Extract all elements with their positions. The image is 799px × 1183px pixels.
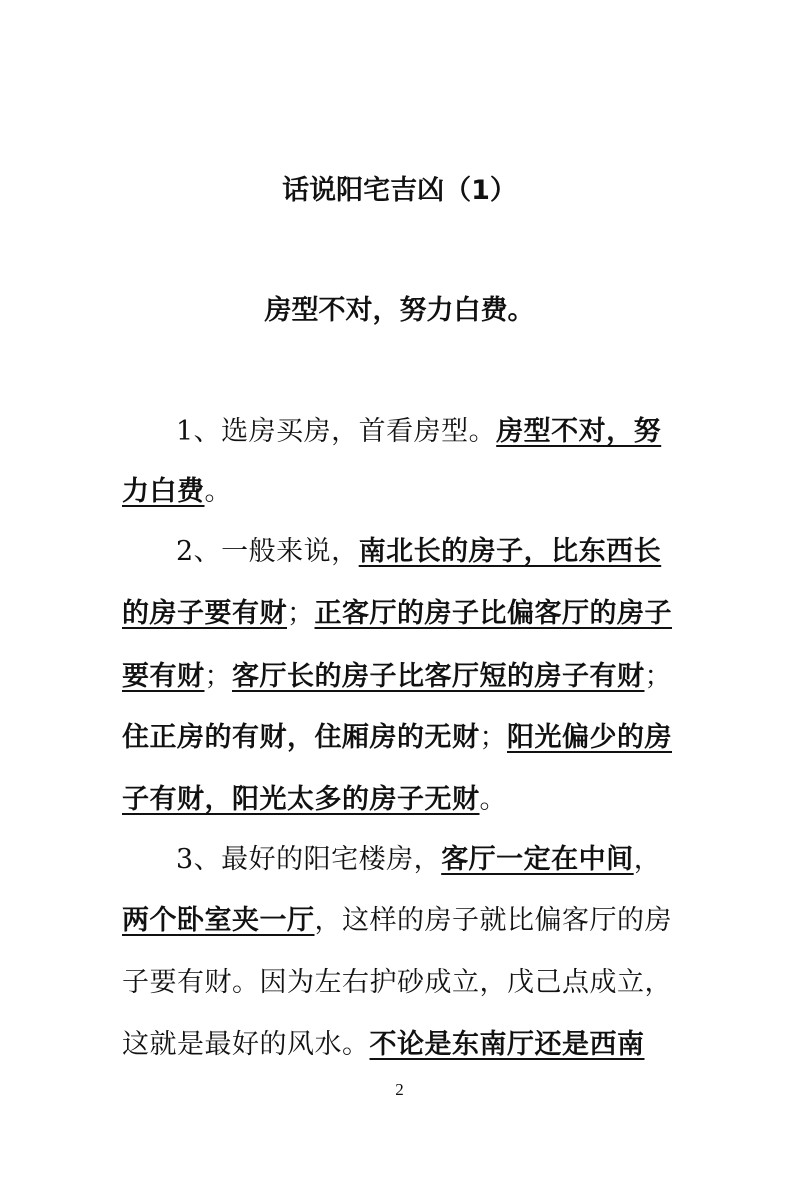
underlined-emphasis-text: 阳光偏少的房	[507, 722, 672, 753]
underlined-emphasis-text: 客厅长的房子比客厅短的房子有财	[232, 661, 645, 692]
text-line: 住正房的有财，住厢房的无财；阳光偏少的房	[122, 720, 706, 756]
text-line: 的房子要有财；正客厅的房子比偏客厅的房子	[122, 596, 706, 632]
underlined-emphasis-text: 的房子要有财	[122, 598, 287, 629]
underlined-emphasis-text: 不论是东南厅还是西南	[370, 1029, 645, 1060]
document-subtitle: 房型不对，努力白费。	[0, 288, 799, 327]
underlined-emphasis-text: 正客厅的房子比偏客厅的房子	[315, 598, 673, 629]
underlined-emphasis-text: 南北长的房子，比东西长	[359, 536, 662, 567]
text-line: 要有财；客厅长的房子比客厅短的房子有财；	[122, 659, 706, 695]
text-segment: 这就是最好的风水。	[122, 1029, 370, 1060]
text-line: 3、最好的阳宅楼房，客厅一定在中间，	[176, 842, 706, 878]
text-line: 这就是最好的风水。不论是东南厅还是西南	[122, 1027, 706, 1063]
text-segment: ；	[480, 722, 508, 753]
text-line: 力白费。	[122, 474, 706, 510]
text-line: 子有财，阳光太多的房子无财。	[122, 782, 706, 818]
text-segment: ，	[634, 844, 662, 875]
text-line: 两个卧室夹一厅，这样的房子就比偏客厅的房	[122, 903, 706, 939]
underlined-emphasis-text: 客厅一定在中间	[441, 844, 634, 875]
text-segment: ；	[205, 661, 233, 692]
underlined-emphasis-text: 两个卧室夹一厅	[122, 905, 315, 936]
text-segment: 2、一般来说，	[176, 536, 359, 567]
text-segment: ；	[287, 598, 315, 629]
underlined-emphasis-text: 要有财	[122, 661, 205, 692]
text-segment: 。	[480, 784, 508, 815]
document-title: 话说阳宅吉凶（1）	[0, 168, 799, 207]
text-line: 2、一般来说，南北长的房子，比东西长	[176, 534, 706, 570]
underlined-emphasis-text: 子有财，阳光太多的房子无财	[122, 784, 480, 815]
text-line: 子要有财。因为左右护砂成立，戊己点成立，	[122, 965, 706, 1001]
underlined-emphasis-text: 房型不对，努	[496, 416, 661, 447]
text-segment: 1、选房买房，首看房型。	[176, 416, 496, 447]
page-number: 2	[0, 1080, 799, 1100]
underlined-emphasis-text: 力白费	[122, 476, 205, 507]
bold-text: 住正房的有财，住厢房的无财	[122, 722, 480, 753]
text-segment: 。	[205, 476, 233, 507]
text-line: 1、选房买房，首看房型。房型不对，努	[176, 414, 706, 450]
text-segment: 3、最好的阳宅楼房，	[176, 844, 441, 875]
text-segment: 子要有财。因为左右护砂成立，戊己点成立，	[122, 967, 672, 998]
text-segment: ；	[645, 661, 673, 692]
text-segment: ，这样的房子就比偏客厅的房	[315, 905, 673, 936]
